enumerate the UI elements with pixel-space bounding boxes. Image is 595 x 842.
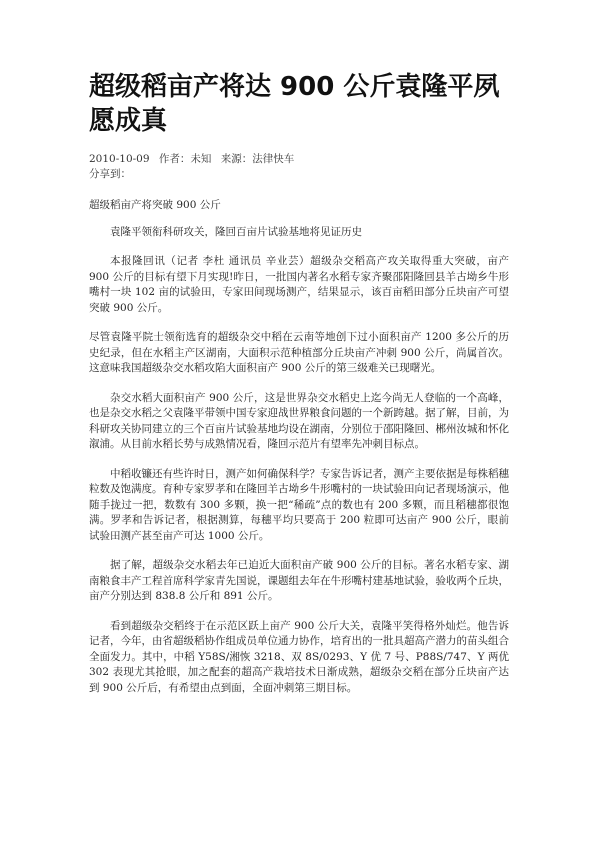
- article-source: 来源：法律快车: [221, 153, 295, 165]
- article-meta: 2010-10-09 作者：未知 来源：法律快车: [89, 152, 509, 167]
- article-date: 2010-10-09: [89, 153, 150, 165]
- article-lead: 超级稻亩产将突破 900 公斤: [89, 198, 509, 213]
- article-author: 作者：未知: [159, 153, 212, 165]
- paragraph-4: 中稻收镰还有些许时日，测产如何确保科学？专家告诉记者，测产主要依据是每株稻穗粒数…: [89, 467, 509, 545]
- article-title: 超级稻亩产将达 900 公斤袁隆平夙愿成真: [89, 70, 509, 138]
- paragraph-1: 本报隆回讯（记者 李杜 通讯员 辛业芸）超级杂交稻高产攻关取得重大突破，亩产 9…: [89, 254, 509, 316]
- share-label: 分享到：: [89, 167, 509, 182]
- paragraph-5: 据了解，超级杂交水稻去年已迫近大面积亩产破 900 公斤的目标。著名水稻专家、湖…: [89, 558, 509, 605]
- paragraph-2: 尽管袁隆平院士领衔选育的超级杂交中稻在云南等地创下过小面积亩产 1200 多公斤…: [89, 330, 509, 377]
- article-subtitle: 袁隆平领衔科研攻关，隆回百亩片试验基地将见证历史: [89, 225, 509, 240]
- article: 超级稻亩产将达 900 公斤袁隆平夙愿成真 2010-10-09 作者：未知 来…: [89, 70, 509, 696]
- paragraph-6: 看到超级杂交稻终于在示范区跃上亩产 900 公斤大关，袁隆平笑得格外灿烂。他告诉…: [89, 619, 509, 697]
- paragraph-3: 杂交水稻大面积亩产 900 公斤，这是世界杂交水稻史上迄今尚无人登临的一个高峰，…: [89, 391, 509, 453]
